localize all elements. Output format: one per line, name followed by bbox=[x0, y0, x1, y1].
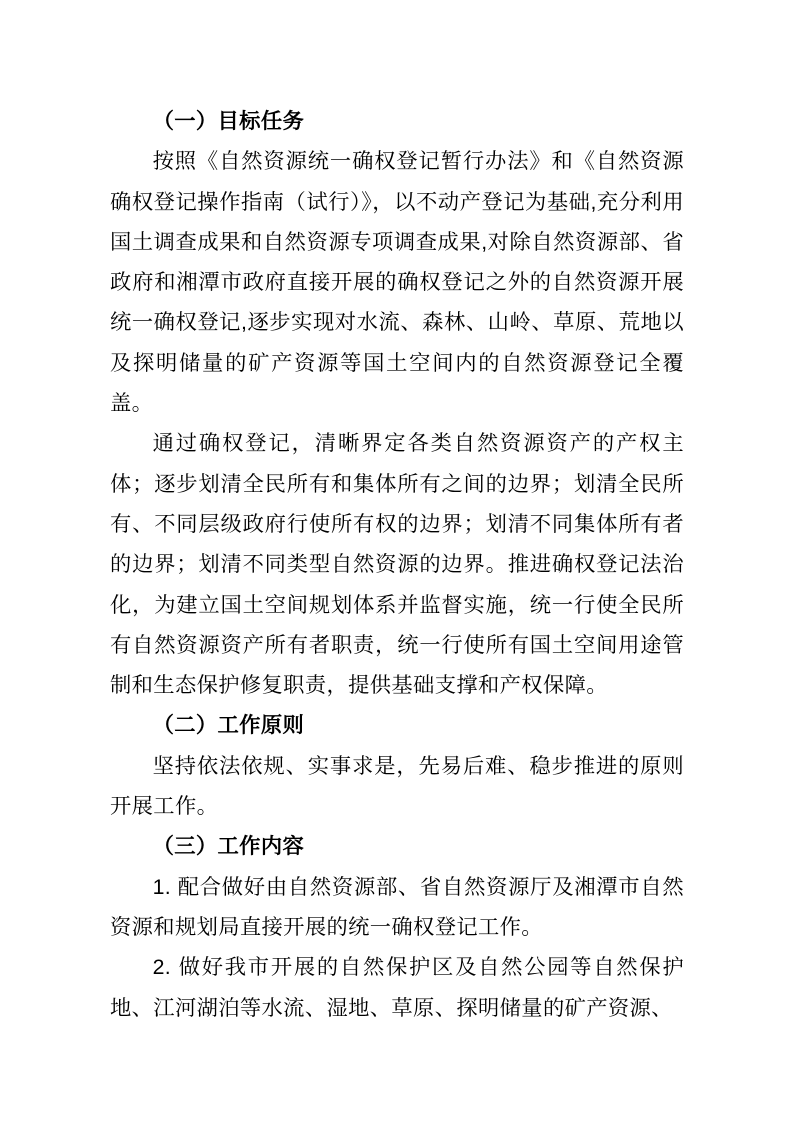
paragraph-work-content-item-1: 1. 配合做好由自然资源部、省自然资源厅及湘潭市自然资源和规划局直接开展的统一确… bbox=[110, 867, 684, 948]
paragraph-goals-tasks-1: 按照《自然资源统一确权登记暂行办法》和《自然资源确权登记操作指南（试行）》，以不… bbox=[110, 141, 684, 423]
heading-section-2-work-principles: （二）工作原则 bbox=[110, 705, 684, 745]
heading-section-3-work-content: （三）工作内容 bbox=[110, 826, 684, 866]
document-body: （一）目标任务按照《自然资源统一确权登记暂行办法》和《自然资源确权登记操作指南（… bbox=[110, 101, 684, 1028]
paragraph-work-principles-1: 坚持依法依规、实事求是，先易后难、稳步推进的原则开展工作。 bbox=[110, 746, 684, 827]
paragraph-goals-tasks-2: 通过确权登记，清晰界定各类自然资源资产的产权主体；逐步划清全民所有和集体所有之间… bbox=[110, 423, 684, 705]
document-page: （一）目标任务按照《自然资源统一确权登记暂行办法》和《自然资源确权登记操作指南（… bbox=[0, 0, 794, 1122]
paragraph-work-content-item-2: 2. 做好我市开展的自然保护区及自然公园等自然保护地、江河湖泊等水流、湿地、草原… bbox=[110, 947, 684, 1028]
heading-section-1-goals-tasks: （一）目标任务 bbox=[110, 101, 684, 141]
